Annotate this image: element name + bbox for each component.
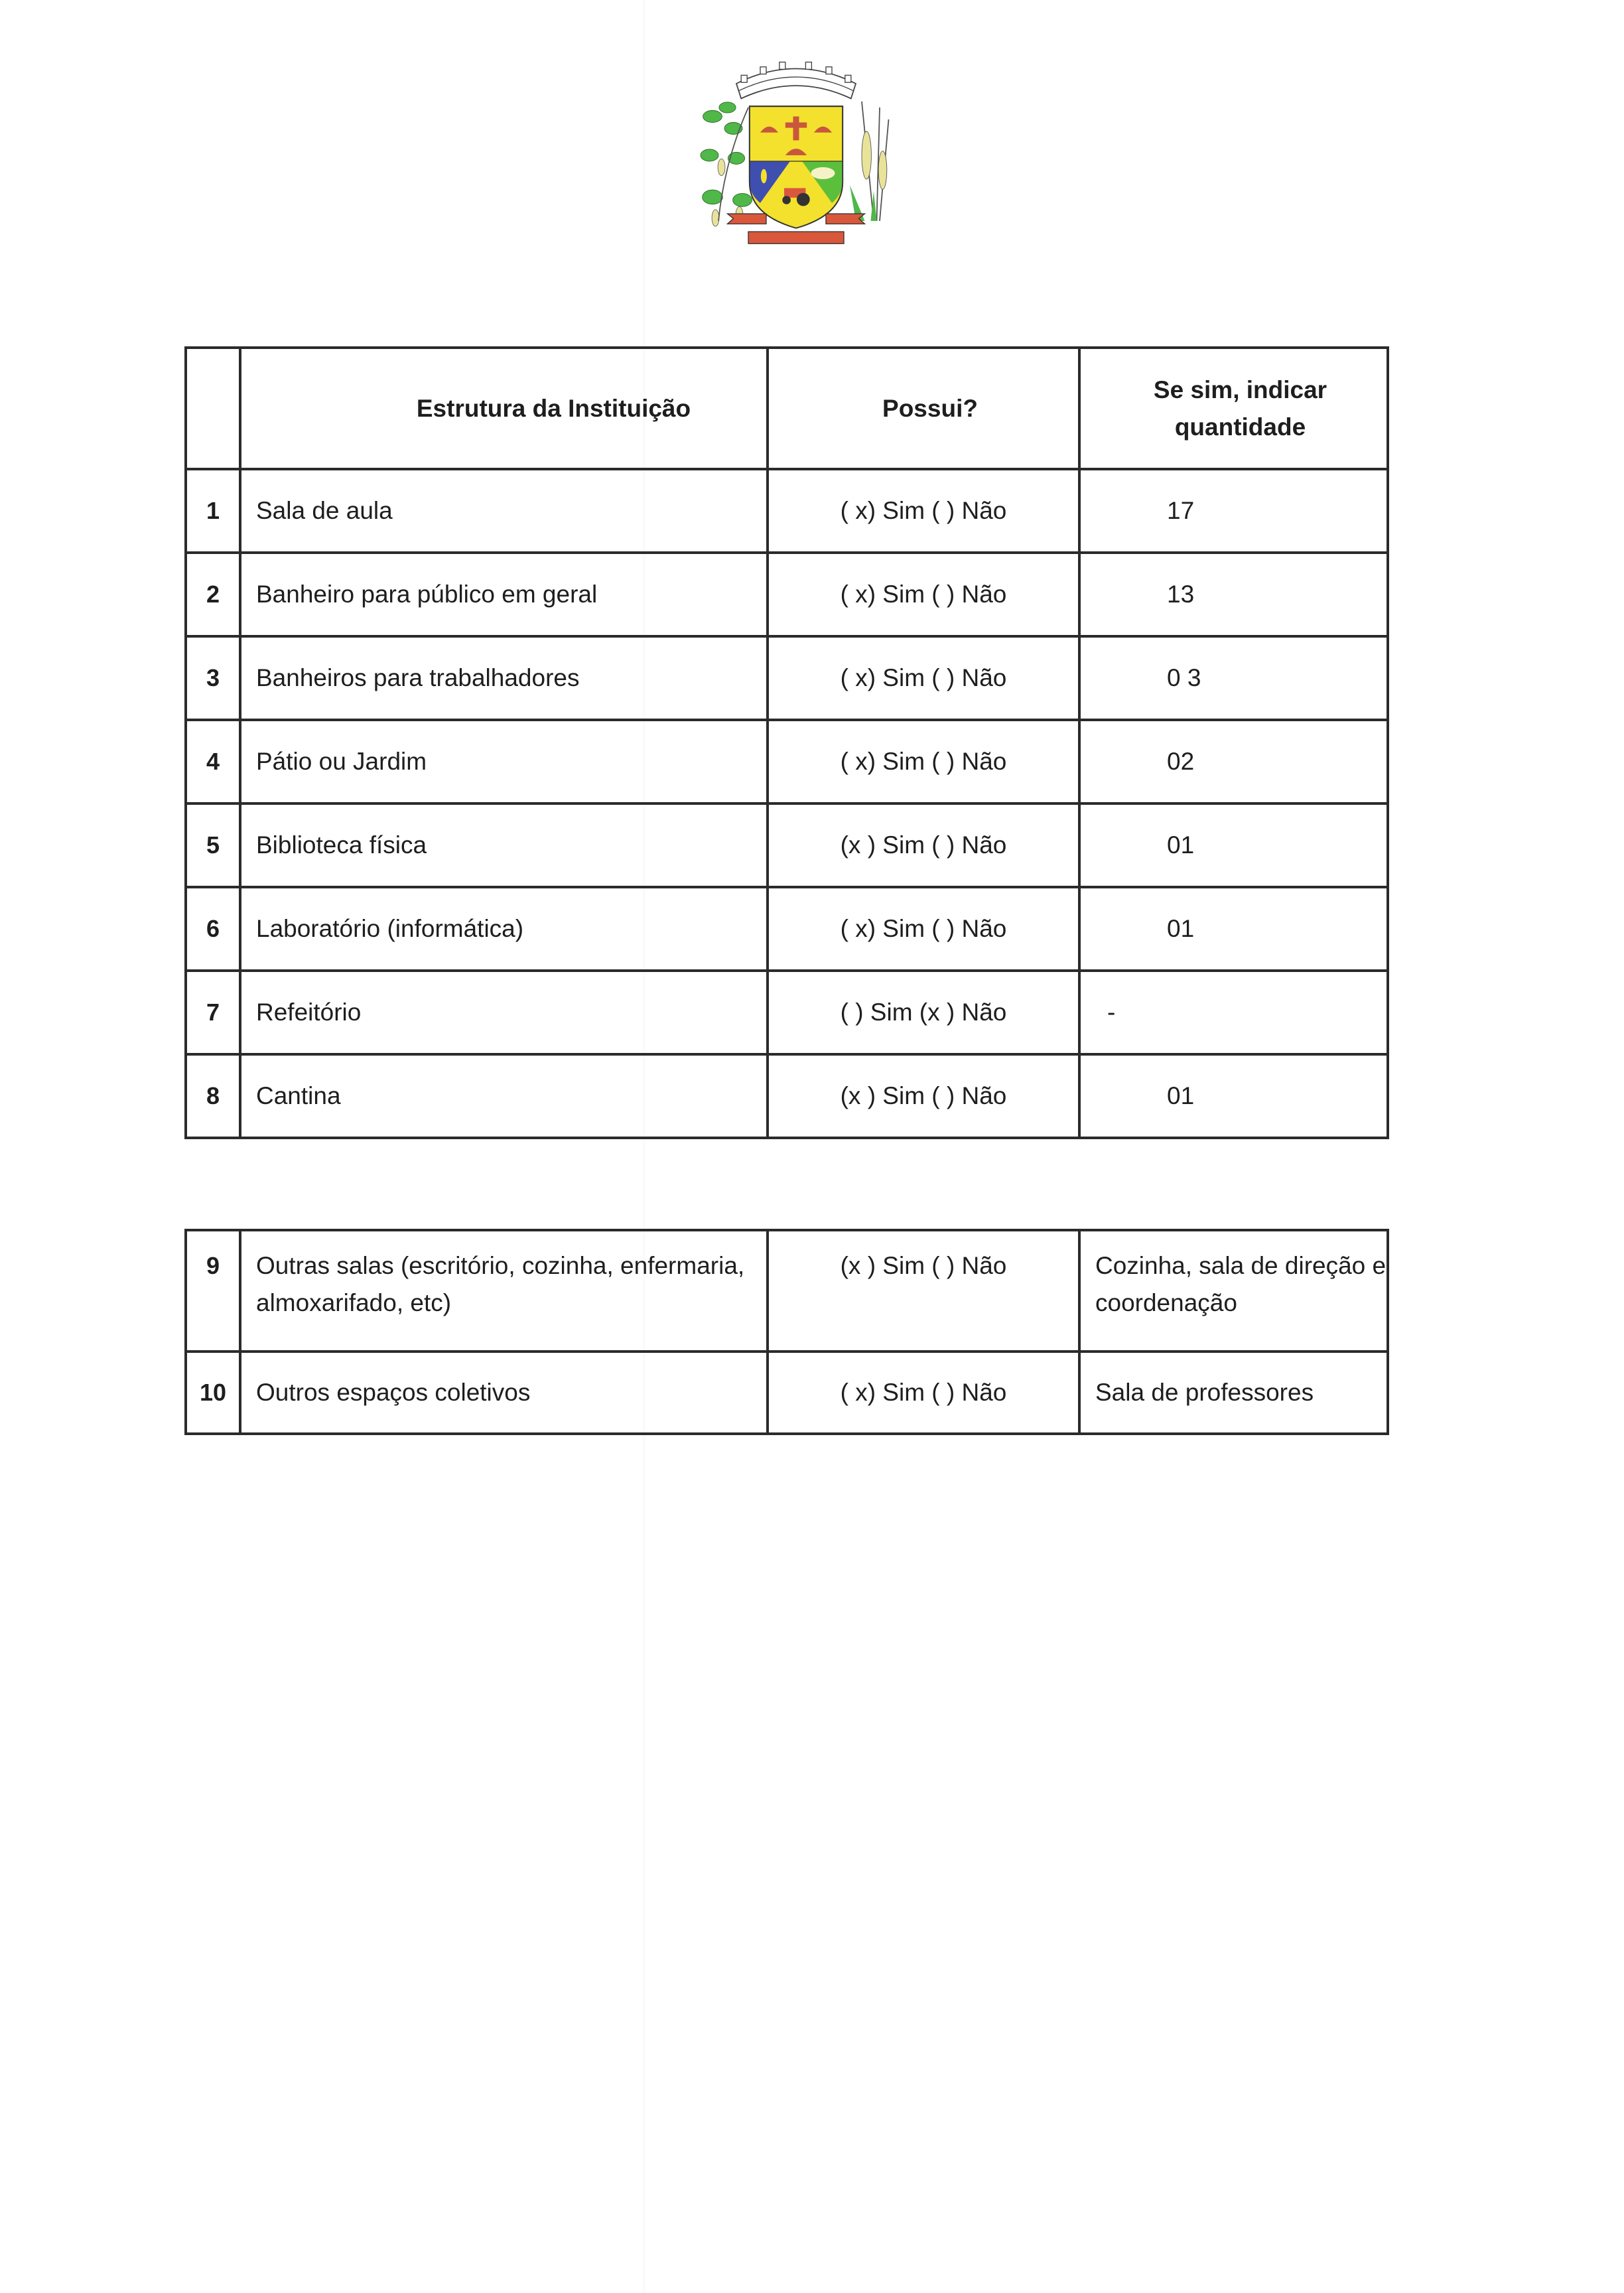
- row-quantity: 01: [1079, 887, 1388, 971]
- row-has: (x ) Sim ( ) Não: [768, 1230, 1079, 1352]
- row-item: Banheiro para público em geral: [240, 553, 768, 636]
- other-spaces-table: 9 Outras salas (escritório, cozinha, enf…: [184, 1229, 1389, 1435]
- row-item: Biblioteca física: [240, 803, 768, 887]
- header-quantity: Se sim, indicar quantidade: [1079, 348, 1388, 469]
- row-has: ( x) Sim ( ) Não: [768, 720, 1079, 803]
- row-number: 4: [186, 720, 240, 803]
- row-number: 10: [186, 1352, 240, 1434]
- table-header-row: Estrutura da Instituição Possui? Se sim,…: [186, 348, 1388, 469]
- row-quantity: 02: [1079, 720, 1388, 803]
- table-row: 3 Banheiros para trabalhadores ( x) Sim …: [186, 636, 1388, 720]
- row-has: ( x) Sim ( ) Não: [768, 887, 1079, 971]
- row-item: Laboratório (informática): [240, 887, 768, 971]
- row-number: 5: [186, 803, 240, 887]
- row-item: Banheiros para trabalhadores: [240, 636, 768, 720]
- row-quantity: 01: [1079, 803, 1388, 887]
- row-has: ( x) Sim ( ) Não: [768, 553, 1079, 636]
- row-item: Pátio ou Jardim: [240, 720, 768, 803]
- row-item: Sala de aula: [240, 469, 768, 553]
- row-has: ( ) Sim (x ) Não: [768, 971, 1079, 1054]
- table-row: 1 Sala de aula ( x) Sim ( ) Não 17: [186, 469, 1388, 553]
- row-number: 7: [186, 971, 240, 1054]
- row-has: ( x) Sim ( ) Não: [768, 1352, 1079, 1434]
- table-row: 8 Cantina (x ) Sim ( ) Não 01: [186, 1054, 1388, 1138]
- row-has: ( x) Sim ( ) Não: [768, 636, 1079, 720]
- row-quantity: -: [1079, 971, 1388, 1054]
- header-number: [186, 348, 240, 469]
- municipal-coat-of-arms-icon: [677, 40, 915, 259]
- row-has: (x ) Sim ( ) Não: [768, 1054, 1079, 1138]
- table-row: 6 Laboratório (informática) ( x) Sim ( )…: [186, 887, 1388, 971]
- table-row: 9 Outras salas (escritório, cozinha, enf…: [186, 1230, 1388, 1352]
- header-has: Possui?: [768, 348, 1079, 469]
- table-row: 4 Pátio ou Jardim ( x) Sim ( ) Não 02: [186, 720, 1388, 803]
- table-row: 7 Refeitório ( ) Sim (x ) Não -: [186, 971, 1388, 1054]
- row-number: 2: [186, 553, 240, 636]
- row-number: 8: [186, 1054, 240, 1138]
- row-quantity: 13: [1079, 553, 1388, 636]
- row-number: 1: [186, 469, 240, 553]
- row-has: (x ) Sim ( ) Não: [768, 803, 1079, 887]
- row-number: 3: [186, 636, 240, 720]
- scan-fold-line: [642, 0, 646, 2293]
- row-item: Outros espaços coletivos: [240, 1352, 768, 1434]
- row-quantity: 17: [1079, 469, 1388, 553]
- row-item: Refeitório: [240, 971, 768, 1054]
- row-item: Cantina: [240, 1054, 768, 1138]
- table-row: 5 Biblioteca física (x ) Sim ( ) Não 01: [186, 803, 1388, 887]
- table-row: 2 Banheiro para público em geral ( x) Si…: [186, 553, 1388, 636]
- row-number: 9: [186, 1230, 240, 1352]
- institution-structure-table: Estrutura da Instituição Possui? Se sim,…: [184, 346, 1389, 1139]
- row-quantity: 0 3: [1079, 636, 1388, 720]
- row-quantity: Sala de professores: [1079, 1352, 1388, 1434]
- row-has: ( x) Sim ( ) Não: [768, 469, 1079, 553]
- row-quantity: Cozinha, sala de direção e coordenação: [1079, 1230, 1388, 1352]
- table-row: 10 Outros espaços coletivos ( x) Sim ( )…: [186, 1352, 1388, 1434]
- row-number: 6: [186, 887, 240, 971]
- row-quantity: 01: [1079, 1054, 1388, 1138]
- header-structure: Estrutura da Instituição: [240, 348, 768, 469]
- row-item: Outras salas (escritório, cozinha, enfer…: [240, 1230, 768, 1352]
